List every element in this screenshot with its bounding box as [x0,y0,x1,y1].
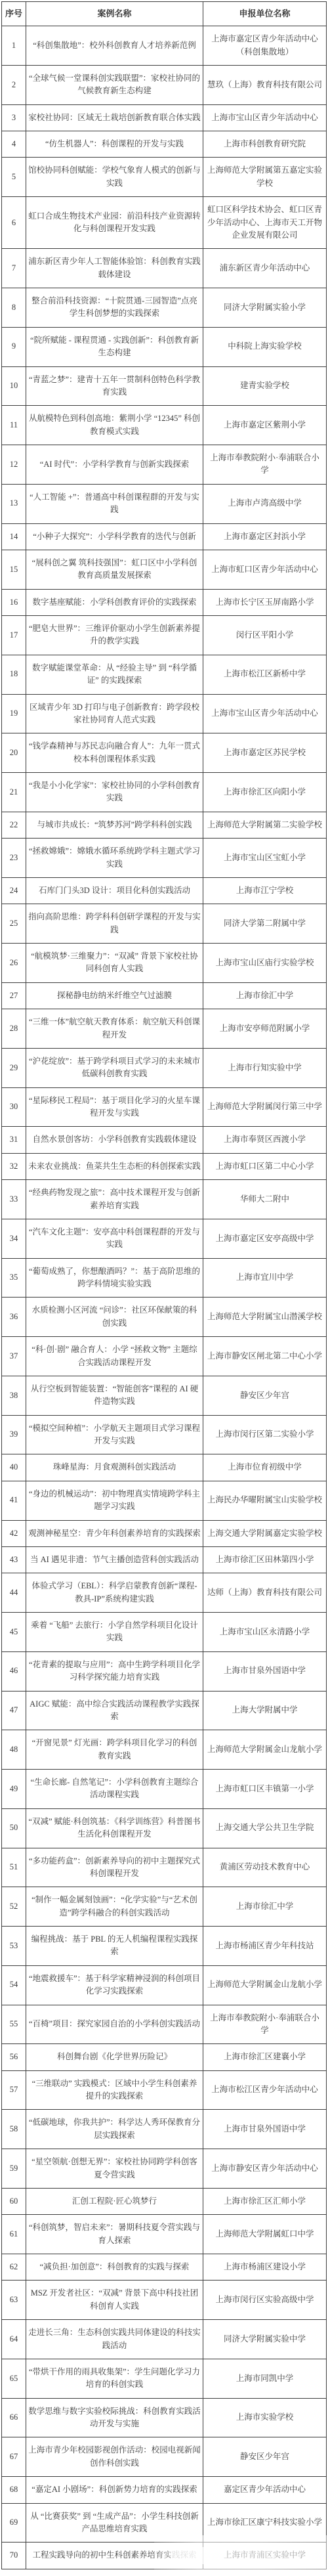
cell-unit: 上海市位育初级中学 [203,1454,327,1481]
cell-unit: 上海市闵行区第二实验小学 [203,1415,327,1454]
cell-case-name: “多功能药盒”：创新素养导向的初中主题探究式科创课程开发 [26,1848,203,1887]
cell-case-name: 石库门门头3D 设计：项目化科创实践活动 [26,877,203,904]
cell-no: 60 [2,2188,26,2214]
cell-no: 67 [2,2437,26,2477]
cell-no: 22 [2,812,26,838]
cell-unit: 上海市徐汇中学 [203,982,327,1009]
table-row: 18数字赋能课堂革命：从 “经验主导” 到 “科学循证” 的实践探索上海市松江区… [2,655,327,694]
cell-no: 36 [2,1298,26,1337]
table-row: 41“身边的机械运动”：初中物理真实情境跨学科主题学习实践上海民办华曜附属宝山实… [2,1481,327,1520]
case-table: 序号 案例名称 申报单位名称 1“科创集散地”：校外科创教育人才培养新范例上海市… [1,1,327,2569]
cell-case-name: “带烘干作用的雨具收集架”：学生问题化学习力培育的科创实践 [26,2359,203,2398]
table-row: 30“星际移民工程局”：基于项目化学习的火星车课程开发与实践上海师范大学附属闵行… [2,1087,327,1127]
cell-no: 39 [2,1415,26,1454]
cell-case-name: 观测神秘星空：青少年科创素养培育的实践探索 [26,1520,203,1546]
cell-no: 10 [2,366,26,406]
cell-unit: 上海市徐汇区田林第四小学 [203,1546,327,1573]
table-row: 65“带烘干作用的雨具收集架”：学生问题化学习力培育的科创实践上海市同凯中学 [2,2359,327,2398]
cell-no: 34 [2,1219,26,1258]
cell-unit: 上海市江宁学校 [203,877,327,904]
table-row: 52“制作一幅金属刻蚀画”：“化学实验”与“艺术创造”跨学科融合的科创实践活动上… [2,1887,327,1927]
cell-unit: 闵行区平阳小学 [203,616,327,655]
table-row: 24石库门门头3D 设计：项目化科创实践活动上海市江宁学校 [2,877,327,904]
table-row: 33“经典药物发现之旅”：高中技术课程开发与创新素养培育实践华师大二附中 [2,1180,327,1219]
cell-case-name: “全球气候一堂课科创实践联盟”：家校社协同的气候教育新生态构建 [26,65,203,104]
cell-unit: 上海市宝山区永清路小学 [203,1613,327,1652]
cell-unit: 上海市卢湾高级中学 [203,484,327,523]
table-row: 21“我是小小化学家”：家校社协同的小学科创教育实践上海市徐汇区向阳小学 [2,773,327,812]
table-row: 67上海市青少年校园影视创作活动：校园电视新闻创作科创实践静安区少年宫 [2,2437,327,2477]
table-body: 1“科创集散地”：校外科创教育人才培养新范例上海市嘉定区青少年活动中心（科创集散… [2,26,327,2569]
cell-unit: 上海师范大学附属第二实验学校 [203,812,327,838]
cell-no: 63 [2,2281,26,2320]
table-row: 64走进长三角：生态科创实践共同体建设的科技实践活动同济大学附属实验中学 [2,2320,327,2359]
cell-no: 45 [2,1613,26,1652]
table-row: 23“拯救嫦娥”：嫦娥水循环系统跨学科主题式学习实践上海市宝山区宝虹小学 [2,839,327,878]
cell-case-name: “经典药物发现之旅”：高中技术课程开发与创新素养培育实践 [26,1180,203,1219]
cell-unit: 上海市徐汇区康宁科技实验小学 [203,2503,327,2543]
cell-unit: 上海交通大学附属嘉定实验学校 [203,1520,327,1546]
table-row: 46“花青素的提取与应用”：高中生跨学科项目化学习科学探究能力培育实践上海市甘泉… [2,1651,327,1691]
cell-unit: 上海市松江区青少年活动中心 [203,2070,327,2110]
cell-case-name: 工程实践导向的初中生科创素养培育实践探索 [26,2543,203,2569]
table-row: 39“模拟空间种植”：小学航天主题项目式学习课程开发与实践上海市闵行区第二实验小… [2,1415,327,1454]
table-row: 25指向高阶思维：跨学科科创研学课程的开发与实践同济大学第二附属中学 [2,904,327,944]
cell-case-name: 走进长三角：生态科创实践共同体建设的科技实践活动 [26,2320,203,2359]
cell-unit: 同济大学第二附属中学 [203,904,327,944]
cell-case-name: 探秘静电纺纳米纤维空气过滤膜 [26,982,203,1009]
table-row: 1“科创集散地”：校外科创教育人才培养新范例上海市嘉定区青少年活动中心（科创集散… [2,26,327,66]
cell-case-name: “AI 时代”：小学科学教育与创新实践探索 [26,445,203,485]
cell-no: 51 [2,1848,26,1887]
cell-no: 32 [2,1153,26,1179]
cell-no: 19 [2,694,26,733]
table-row: 53编程挑战：基于 PBL 的无人机编程课程实践探索上海市杨浦区青少年科技站 [2,1927,327,1966]
cell-no: 11 [2,406,26,445]
cell-no: 25 [2,904,26,944]
cell-case-name: “青蓝之梦”：建青十五年一贯制科创特色科学教育实践 [26,366,203,406]
cell-case-name: “院所赋能 - 课程贯通 - 实践创新”：科创教育新生态构建 [26,327,203,366]
cell-case-name: “三维一体”航空航天教育体系：航空航天科创课程开发 [26,1009,203,1049]
cell-no: 8 [2,288,26,328]
cell-unit: 上海大学附属中学 [203,1691,327,1730]
cell-case-name: “星空领航·创想无界”：家校社协同跨学科创客夏令营实践 [26,2149,203,2189]
cell-unit: 上海市嘉定区安亭高级中学 [203,1219,327,1258]
table-row: 10“青蓝之梦”：建青十五年一贯制科创特色科学教育实践建青实验学校 [2,366,327,406]
table-row: 13“人工智能 +”：普通高中科创课程群的开发与实践上海市卢湾高级中学 [2,484,327,523]
cell-case-name: 当 AI 遇见非遗：节气主播创造营科创实践活动 [26,1546,203,1573]
table-row: 4“仿生机器人”：科创课程的开发与实践上海市科创教育研究院 [2,131,327,158]
cell-case-name: “拯救嫦娥”：嫦娥水循环系统跨学科主题式学习实践 [26,839,203,878]
cell-case-name: 从航模特色到科创高地：紫荆小学 “12345” 科创教育模式实践 [26,406,203,445]
cell-unit: 上海师范大学附属闵行第三中学 [203,1087,327,1127]
cell-unit: 上海市安亭师范附属小学 [203,1009,327,1049]
cell-unit: 上海市宝山区青少年活动中心 [203,694,327,733]
cell-unit: 上海市科创教育研究院 [203,131,327,158]
cell-unit: 上海市虹口区青少年活动中心 [203,550,327,589]
table-row: 58“低碳地球，你我共护”：科学达人秀环保教育分层实践探索上海市甘泉外国语中学 [2,2110,327,2149]
cell-no: 68 [2,2477,26,2503]
cell-case-name: “钱学森精神与苏民志向融合育人”：九年一贯式校本科创课程体系实践 [26,733,203,773]
cell-unit: 上海市长宁区玉屏南路小学 [203,589,327,615]
cell-case-name: “地震救援车”：基于科学家精神浸润的科创项目化学习实践探索 [26,1965,203,2005]
cell-unit: 上海市杨浦区建设小学 [203,2254,327,2281]
cell-unit: 上海交通大学公共卫生学院 [203,1808,327,1848]
cell-case-name: “嘉定AI 小剧场”：科创新势力培育的实践探索 [26,2477,203,2503]
cell-unit: 建青实验学校 [203,366,327,406]
table-row: 38从行空板到智能装置：“智能创客”课程的 AI 硬件造物实践静安区少年宫 [2,1376,327,1415]
cell-no: 17 [2,616,26,655]
cell-unit: 静安区少年宫 [203,2437,327,2477]
cell-case-name: “葡萄成熟了，你想酿酒吗？”：基于高阶思维的跨学科情境实验实践 [26,1258,203,1298]
cell-unit: 上海民办华曜附属宝山实验学校 [203,1481,327,1520]
cell-no: 28 [2,1009,26,1049]
cell-no: 9 [2,327,26,366]
cell-no: 29 [2,1048,26,1087]
cell-case-name: “科创筑梦，智启未来”：暑期科技夏令营实践与育人探索 [26,2215,203,2254]
cell-no: 13 [2,484,26,523]
table-row: 68“嘉定AI 小剧场”：科创新势力培育的实践探索嘉定区青少年活动中心 [2,2477,327,2503]
cell-case-name: 与城市共成长：“筑梦苏河”跨学科科创实践 [26,812,203,838]
cell-unit: 上海市徐汇区建襄小学 [203,2044,327,2070]
cell-no: 37 [2,1337,26,1376]
cell-unit: 上海师范大学附属金山龙航小学 [203,1965,327,2005]
table-row: 19区域青少年 3D 打印与电子创新教育：跨学段校家社协同育人范式实践上海市宝山… [2,694,327,733]
cell-no: 65 [2,2359,26,2398]
cell-no: 62 [2,2254,26,2281]
cell-unit: 华师大二附中 [203,1180,327,1219]
cell-unit: 上海市嘉定区青少年活动中心（科创集散地） [203,26,327,66]
table-row: 50“双减” 赋能·科创筑基：《科学训练营》科普图书生活化科创课程开发上海交通大… [2,1808,327,1848]
cell-no: 44 [2,1573,26,1613]
cell-case-name: 整合前沿科技资源：“十院贯通-三园智造”点亮学生科创梦想的实践探索 [26,288,203,328]
cell-unit: 静安区少年宫 [203,1376,327,1415]
table-row: 14“小种子大探究”：小学科学教育的迭代与创新上海市嘉定区封浜小学 [2,523,327,550]
cell-unit: 浦东新区青少年活动中心 [203,249,327,288]
cell-no: 2 [2,65,26,104]
cell-case-name: 馆校协同科创赋能：学校气象育人模式的创新与实践 [26,158,203,197]
cell-case-name: 未来农业挑战：鱼菜共生生态柜的科创探索实践 [26,1153,203,1179]
table-row: 56科创舞台剧《化学世界历险记》上海市徐汇区建襄小学 [2,2044,327,2070]
cell-case-name: 乘着 “飞船” 去旅行：小学自然学科项目化设计实践 [26,1613,203,1652]
cell-unit: 中科院上海实验学校 [203,327,327,366]
cell-unit: 慧玖（上海）教育科技有限公司 [203,65,327,104]
cell-case-name: 虹口合成生物技术产业园：前沿科技产业资源转化与科创课程开发实践 [26,197,203,249]
cell-unit: 上海市奉教院附小·奉浦联合小学 [203,2005,327,2044]
cell-unit: 虹口区科学技术协会、虹口区青少年活动中心、上海市天工开物企业发展有限公司 [203,197,327,249]
table-row: 43当 AI 遇见非遗：节气主播创造营科创实践活动上海市徐汇区田林第四小学 [2,1546,327,1573]
cell-case-name: 上海市青少年校园影视创作活动：校园电视新闻创作科创实践 [26,2437,203,2477]
cell-no: 27 [2,982,26,1009]
cell-unit: 上海市奉教院附小·奉浦联合小学 [203,445,327,485]
header-row: 序号 案例名称 申报单位名称 [2,2,327,26]
cell-unit: 上海市虹口区丰镇第一小学 [203,1770,327,1809]
cell-case-name: 从 “比赛获奖” 到 “生成产品”：小学生科技创新产品思维培育实践 [26,2503,203,2543]
cell-unit: 上海市宝山区庙行实验学校 [203,944,327,983]
cell-no: 3 [2,104,26,131]
cell-case-name: “汽车文化主题”：安亭高中科创课程群的开发与实践 [26,1219,203,1258]
cell-case-name: “花青素的提取与应用”：高中生跨学科项目化学习科学探究能力培育实践 [26,1651,203,1691]
cell-unit: 上海市奉贤区西渡小学 [203,1127,327,1153]
table-row: 51“多功能药盒”：创新素养导向的初中主题探究式科创课程开发黄浦区劳动技术教育中… [2,1848,327,1887]
cell-case-name: “航模筑梦·三维聚力”：“双减” 背景下家校社协同科创育人实践 [26,944,203,983]
document-page: 序号 案例名称 申报单位名称 1“科创集散地”：校外科创教育人才培养新范例上海市… [0,0,328,2576]
cell-no: 7 [2,249,26,288]
cell-case-name: “制作一幅金属刻蚀画”：“化学实验”与“艺术创造”跨学科融合的科创实践活动 [26,1887,203,1927]
cell-no: 53 [2,1927,26,1966]
cell-case-name: 编程挑战：基于 PBL 的无人机编程课程实践探索 [26,1927,203,1966]
cell-case-name: 区域青少年 3D 打印与电子创新教育：跨学段校家社协同育人范式实践 [26,694,203,733]
cell-unit: 上海市宜川中学 [203,1258,327,1298]
header-cell-case-name: 案例名称 [26,2,203,26]
table-row: 15“展科创之翼 筑科技强国”：虹口区中小学科创教育高质量发展探索上海市虹口区青… [2,550,327,589]
cell-unit: 上海市宝山区宝虹小学 [203,839,327,878]
cell-case-name: “沪花绽放”：基于跨学科项目式学习的未来城市低碳科创教育实践 [26,1048,203,1087]
table-row: 6虹口合成生物技术产业园：前沿科技产业资源转化与科创课程开发实践虹口区科学技术协… [2,197,327,249]
cell-unit: 上海市同凯中学 [203,2359,327,2398]
cell-no: 47 [2,1691,26,1730]
cell-case-name: “星际移民工程局”：基于项目化学习的火星车课程开发与实践 [26,1087,203,1127]
table-row: 60汇创工程院·匠心筑梦行上海市徐汇区汇师小学 [2,2188,327,2214]
table-row: 16数字基座赋能：小学科创教育评价的实践探索上海市长宁区玉屏南路小学 [2,589,327,615]
table-row: 17“肥皂大世界”：三维评价驱动小学生创新素养提升的教学实践闵行区平阳小学 [2,616,327,655]
cell-no: 69 [2,2503,26,2543]
cell-unit: 上海师范大学附属宝山潜溪学校 [203,1298,327,1337]
cell-no: 55 [2,2005,26,2044]
table-row: 54“地震救援车”：基于科学家精神浸润的科创项目化学习实践探索上海师范大学附属金… [2,1965,327,2005]
cell-no: 38 [2,1376,26,1415]
cell-unit: 上海师范大学附属虹口中学 [203,2215,327,2254]
table-row: 36水质检测小区河流 “问诊”：社区环保献策的科创实践上海师范大学附属宝山潜溪学… [2,1298,327,1337]
cell-case-name: “人工智能 +”：普通高中科创课程群的开发与实践 [26,484,203,523]
table-row: 12“AI 时代”：小学科学教育与创新实践探索上海市奉教院附小·奉浦联合小学 [2,445,327,485]
cell-case-name: 体验式学习（EBL）：科学启蒙教育创新“课程-教具-IP”系统构建实践 [26,1573,203,1613]
table-row: 31自然水景创客坊：小学科创教育实践载体建设上海市奉贤区西渡小学 [2,1127,327,1153]
cell-no: 42 [2,1520,26,1546]
cell-no: 56 [2,2044,26,2070]
table-row: 63MSZ 开发者社区：“双减” 背景下高中科技社团科创育人实践上海市闵行区实验… [2,2281,327,2320]
cell-unit: 同济大学附属实验小学 [203,288,327,328]
cell-case-name: 数字基座赋能：小学科创教育评价的实践探索 [26,589,203,615]
table-row: 29“沪花绽放”：基于跨学科项目式学习的未来城市低碳科创教育实践上海市行知实验中… [2,1048,327,1087]
cell-unit: 同济大学附属实验中学 [203,2320,327,2359]
cell-no: 46 [2,1651,26,1691]
cell-unit: 上海市嘉定区紫荆小学 [203,406,327,445]
cell-unit: 上海市嘉定区封浜小学 [203,523,327,550]
cell-no: 24 [2,877,26,904]
cell-no: 5 [2,158,26,197]
table-row: 20“钱学森精神与苏民志向融合育人”：九年一贯式校本科创课程体系实践上海市嘉定区… [2,733,327,773]
table-row: 42观测神秘星空：青少年科创素养培育的实践探索上海交通大学附属嘉定实验学校 [2,1520,327,1546]
cell-no: 40 [2,1454,26,1481]
table-row: 69从 “比赛获奖” 到 “生成产品”：小学生科技创新产品思维培育实践上海市徐汇… [2,2503,327,2543]
table-row: 28“三维一体”航空航天教育体系：航空航天科创课程开发上海市安亭师范附属小学 [2,1009,327,1049]
cell-case-name: 科创舞台剧《化学世界历险记》 [26,2044,203,2070]
cell-unit: 上海市宝山区青少年活动中心 [203,104,327,131]
table-row: 3家校社协同：区域无土栽培创新教育联合体实践上海市宝山区青少年活动中心 [2,104,327,131]
table-row: 37“科·创·剧” 融合育人：小学 “拯救文物” 主题综合实践活动课程开发上海市… [2,1337,327,1376]
table-row: 34“汽车文化主题”：安亭高中科创课程群的开发与实践上海市嘉定区安亭高级中学 [2,1219,327,1258]
cell-no: 58 [2,2110,26,2149]
table-row: 26“航模筑梦·三维聚力”：“双减” 背景下家校社协同科创育人实践上海市宝山区庙… [2,944,327,983]
cell-no: 16 [2,589,26,615]
cell-case-name: 数学思维与数字实验校际挑战：科创教育实践活动开发与实施 [26,2398,203,2437]
table-row: 9“院所赋能 - 课程贯通 - 实践创新”：科创教育新生态构建中科院上海实验学校 [2,327,327,366]
cell-case-name: “三维联动” 实践模式：区域中小学生科创素养提升的实践探索 [26,2070,203,2110]
table-row: 45乘着 “飞船” 去旅行：小学自然学科项目化设计实践上海市宝山区永清路小学 [2,1613,327,1652]
cell-case-name: “科创集散地”：校外科创教育人才培养新范例 [26,26,203,66]
cell-no: 14 [2,523,26,550]
cell-no: 33 [2,1180,26,1219]
header-cell-no: 序号 [2,2,26,26]
cell-case-name: 自然水景创客坊：小学科创教育实践载体建设 [26,1127,203,1153]
cell-case-name: “科·创·剧” 融合育人：小学 “拯救文物” 主题综合实践活动课程开发 [26,1337,203,1376]
table-row: 5馆校协同科创赋能：学校气象育人模式的创新与实践上海师范大学附属第五嘉定实验学校 [2,158,327,197]
cell-unit: 上海市松江区新桥中学 [203,655,327,694]
cell-case-name: 水质检测小区河流 “问诊”：社区环保献策的科创实践 [26,1298,203,1337]
table-row: 40珠峰星海：月食观测科创实践活动上海市位育初级中学 [2,1454,327,1481]
cell-case-name: “肥皂大世界”：三维评价驱动小学生创新素养提升的教学实践 [26,616,203,655]
cell-unit: 上海市徐汇区汇师小学 [203,2188,327,2214]
cell-no: 57 [2,2070,26,2110]
cell-no: 21 [2,773,26,812]
cell-unit: 嘉定区青少年活动中心 [203,2477,327,2503]
cell-unit: 上海市行知实验中学 [203,1048,327,1087]
cell-no: 70 [2,2543,26,2569]
table-row: 2“全球气候一堂课科创实践联盟”：家校社协同的气候教育新生态构建慧玖（上海）教育… [2,65,327,104]
cell-case-name: MSZ 开发者社区：“双减” 背景下高中科技社团科创育人实践 [26,2281,203,2320]
cell-case-name: 数字赋能课堂革命：从 “经验主导” 到 “科学循证” 的实践探索 [26,655,203,694]
table-head: 序号 案例名称 申报单位名称 [2,2,327,26]
cell-case-name: “小种子大探究”：小学科学教育的迭代与创新 [26,523,203,550]
table-row: 8整合前沿科技资源：“十院贯通-三园智造”点亮学生科创梦想的实践探索同济大学附属… [2,288,327,328]
cell-unit: 黄浦区劳动技术教育中心 [203,1848,327,1887]
table-row: 66数学思维与数字实验校际挑战：科创教育实践活动开发与实施上海市实验学校 [2,2398,327,2437]
cell-unit: 上海市嘉定区苏民学校 [203,733,327,773]
cell-case-name: “低碳地球，你我共护”：科学达人秀环保教育分层实践探索 [26,2110,203,2149]
cell-no: 15 [2,550,26,589]
cell-unit: 上海市徐汇区向阳小学 [203,773,327,812]
cell-no: 59 [2,2149,26,2189]
table-row: 22与城市共成长：“筑梦苏河”跨学科科创实践上海师范大学附属第二实验学校 [2,812,327,838]
cell-no: 49 [2,1770,26,1809]
cell-unit: 上海市徐汇中学 [203,1887,327,1927]
cell-unit: 上海市杨浦区青少年科技站 [203,1927,327,1966]
table-row: 44体验式学习（EBL）：科学启蒙教育创新“课程-教具-IP”系统构建实践达师（… [2,1573,327,1613]
cell-unit: 上海市闵行区实验高级中学 [203,2281,327,2320]
cell-no: 20 [2,733,26,773]
cell-case-name: “生命长廊- 自然笔记”：小学科创教育主题综合活动课程实践 [26,1770,203,1809]
cell-case-name: “展科创之翼 筑科技强国”：虹口区中小学科创教育高质量发展探索 [26,550,203,589]
cell-no: 52 [2,1887,26,1927]
cell-no: 64 [2,2320,26,2359]
cell-unit: 上海市静安区闸北第二中心小学 [203,1337,327,1376]
cell-case-name: “仿生机器人”：科创课程的开发与实践 [26,131,203,158]
cell-case-name: “百椅”项目：探究家园自治的小学科创实践活动 [26,2005,203,2044]
table-row: 49“生命长廊- 自然笔记”：小学科创教育主题综合活动课程实践上海市虹口区丰镇第… [2,1770,327,1809]
cell-no: 18 [2,655,26,694]
table-row: 62“减负担·加创意”：科创教育的实践与探索上海市杨浦区建设小学 [2,2254,327,2281]
cell-case-name: “减负担·加创意”：科创教育的实践与探索 [26,2254,203,2281]
table-row: 55“百椅”项目：探究家园自治的小学科创实践活动上海市奉教院附小·奉浦联合小学 [2,2005,327,2044]
table-row: 48“开窗见景” 灯光画：跨学科项目化学习的科创教育实践上海师范大学附属金山龙航… [2,1730,327,1770]
cell-case-name: 指向高阶思维：跨学科科创研学课程的开发与实践 [26,904,203,944]
table-row: 7浦东新区青少年人工智能体验馆：科创教育实践载体建设浦东新区青少年活动中心 [2,249,327,288]
cell-unit: 达师（上海）教育科技有限公司 [203,1573,327,1613]
cell-no: 43 [2,1546,26,1573]
cell-no: 30 [2,1087,26,1127]
cell-case-name: “开窗见景” 灯光画：跨学科项目化学习的科创教育实践 [26,1730,203,1770]
cell-no: 35 [2,1258,26,1298]
cell-case-name: “模拟空间种植”：小学航天主题项目式学习课程开发与实践 [26,1415,203,1454]
cell-no: 12 [2,445,26,485]
cell-unit: 上海市甘泉外国语中学 [203,1651,327,1691]
table-row: 59“星空领航·创想无界”：家校社协同跨学科创客夏令营实践上海市静安区青少年活动… [2,2149,327,2189]
table-row: 61“科创筑梦，智启未来”：暑期科技夏令营实践与育人探索上海师范大学附属虹口中学 [2,2215,327,2254]
cell-case-name: “双减” 赋能·科创筑基：《科学训练营》科普图书生活化科创课程开发 [26,1808,203,1848]
cell-no: 26 [2,944,26,983]
cell-case-name: 珠峰星海：月食观测科创实践活动 [26,1454,203,1481]
cell-case-name: AIGC 赋能：高中综合实践活动课程教学实践探索 [26,1691,203,1730]
cell-no: 50 [2,1808,26,1848]
cell-no: 61 [2,2215,26,2254]
cell-unit: 上海师范大学附属第五嘉定实验学校 [203,158,327,197]
cell-unit: 上海市虹口区第二中心小学 [203,1153,327,1179]
cell-unit: 上海市静安区青少年活动中心 [203,2149,327,2189]
cell-case-name: 浦东新区青少年人工智能体验馆：科创教育实践载体建设 [26,249,203,288]
cell-no: 6 [2,197,26,249]
table-row: 47AIGC 赋能：高中综合实践活动课程教学实践探索上海大学附属中学 [2,1691,327,1730]
table-row: 35“葡萄成熟了，你想酿酒吗？”：基于高阶思维的跨学科情境实验实践上海市宜川中学 [2,1258,327,1298]
cell-unit: 上海市青浦区实验中学 [203,2543,327,2569]
table-row: 57“三维联动” 实践模式：区域中小学生科创素养提升的实践探索上海市松江区青少年… [2,2070,327,2110]
cell-case-name: “身边的机械运动”：初中物理真实情境跨学科主题学习实践 [26,1481,203,1520]
cell-case-name: 汇创工程院·匠心筑梦行 [26,2188,203,2214]
header-cell-unit: 申报单位名称 [203,2,327,26]
cell-no: 48 [2,1730,26,1770]
cell-no: 31 [2,1127,26,1153]
table-row: 11从航模特色到科创高地：紫荆小学 “12345” 科创教育模式实践上海市嘉定区… [2,406,327,445]
cell-case-name: 家校社协同：区域无土栽培创新教育联合体实践 [26,104,203,131]
cell-unit: 上海师范大学附属金山龙航小学 [203,1730,327,1770]
cell-no: 1 [2,26,26,66]
cell-no: 4 [2,131,26,158]
cell-case-name: “我是小小化学家”：家校社协同的小学科创教育实践 [26,773,203,812]
table-row: 27探秘静电纺纳米纤维空气过滤膜上海市徐汇中学 [2,982,327,1009]
cell-no: 23 [2,839,26,878]
cell-unit: 上海市实验学校 [203,2398,327,2437]
table-row: 70工程实践导向的初中生科创素养培育实践探索上海市青浦区实验中学 [2,2543,327,2569]
cell-unit: 上海市甘泉外国语中学 [203,2110,327,2149]
cell-case-name: 从行空板到智能装置：“智能创客”课程的 AI 硬件造物实践 [26,1376,203,1415]
cell-no: 54 [2,1965,26,2005]
table-row: 32未来农业挑战：鱼菜共生生态柜的科创探索实践上海市虹口区第二中心小学 [2,1153,327,1179]
cell-no: 66 [2,2398,26,2437]
cell-no: 41 [2,1481,26,1520]
